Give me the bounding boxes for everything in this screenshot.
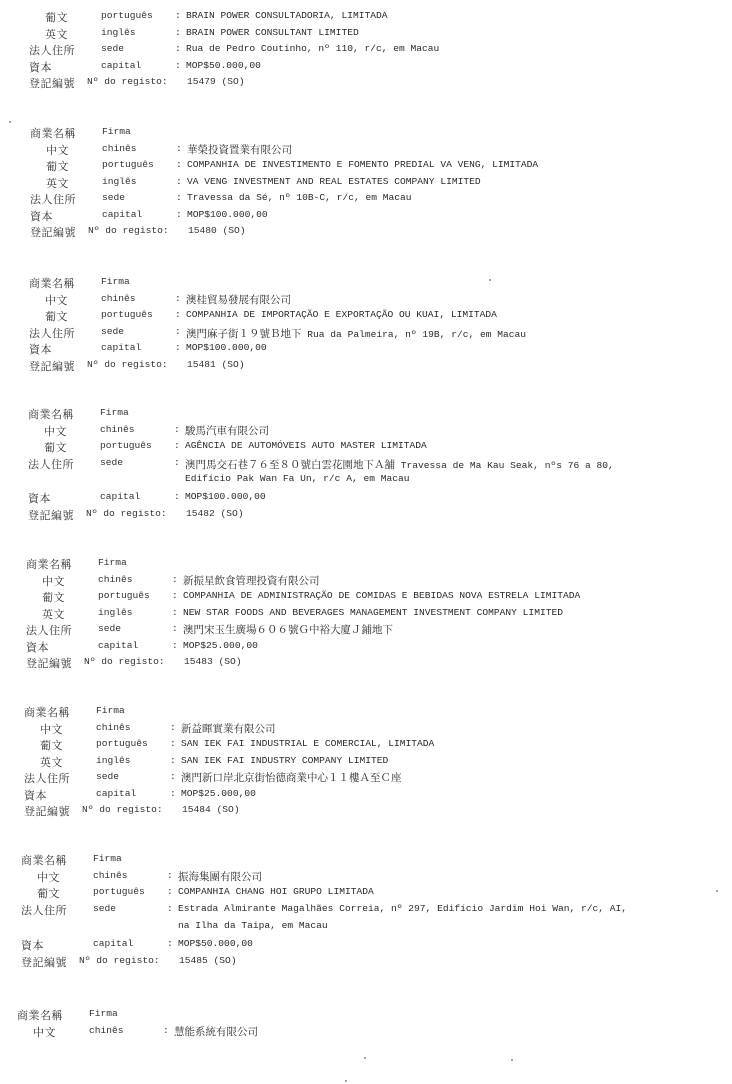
registo-number: 15482 (SO) <box>186 508 244 519</box>
ingles-zh-label: 英文 <box>46 175 69 191</box>
sede-zh-label: 法人住所 <box>21 902 67 918</box>
colon: : <box>175 43 181 54</box>
ingles-zh-label: 英文 <box>40 754 63 770</box>
portugues-name: COMPANHIA CHANG HOI GRUPO LIMITADA <box>178 886 374 897</box>
scan-speck <box>345 1080 347 1082</box>
sede-address-zh: 澳門麻子街１９號Ｂ地下 <box>186 328 302 340</box>
registo-number: 15480 (SO) <box>188 225 246 236</box>
capital-value: MOP$100.000,00 <box>185 491 266 502</box>
portugues-name: COMPANHIA DE ADMINISTRAÇÃO DE COMIDAS E … <box>183 590 580 601</box>
chines-name: 駿馬汽車有限公司 <box>185 423 269 438</box>
capital-pt-label: capital <box>98 640 138 651</box>
chines-name: 振海集團有限公司 <box>178 869 262 884</box>
sede-address: Estrada Almirante Magalhães Correia, nº … <box>178 903 627 914</box>
portugues-name: COMPANHIA DE INVESTIMENTO E FOMENTO PRED… <box>187 159 538 170</box>
colon: : <box>174 440 180 451</box>
registo-zh-label: 登記編號 <box>26 655 72 671</box>
registo-zh-label: 登記編號 <box>28 507 74 523</box>
capital-zh-label: 資本 <box>21 937 44 953</box>
portugues-pt-label: português <box>102 159 154 170</box>
colon: : <box>167 938 173 949</box>
chines-name: 華榮投資置業有限公司 <box>187 142 292 157</box>
firma-pt-label: Firma <box>89 1008 118 1019</box>
registo-number: 15484 (SO) <box>182 804 240 815</box>
scan-speck <box>489 279 491 281</box>
colon: : <box>167 870 173 881</box>
capital-pt-label: capital <box>102 209 142 220</box>
sede-address-pt: Travessa de Ma Kau Seak, nºs 76 a 80, <box>401 460 614 471</box>
capital-zh-label: 資本 <box>28 490 51 506</box>
ingles-pt-label: inglês <box>96 755 131 766</box>
firma-zh-label: 商業名稱 <box>21 852 67 868</box>
capital-pt-label: capital <box>101 342 141 353</box>
capital-value: MOP$50.000,00 <box>186 60 261 71</box>
colon: : <box>174 457 180 468</box>
colon: : <box>175 27 181 38</box>
ingles-pt-label: inglês <box>101 27 136 38</box>
portugues-zh-label: 葡文 <box>42 589 65 605</box>
colon: : <box>175 293 181 304</box>
sede-address-line2: na Ilha da Taipa, em Macau <box>178 920 328 931</box>
colon: : <box>175 309 181 320</box>
colon: : <box>170 755 176 766</box>
portugues-pt-label: português <box>101 309 153 320</box>
capital-pt-label: capital <box>100 491 140 502</box>
scan-speck <box>511 1059 513 1061</box>
colon: : <box>172 607 178 618</box>
capital-pt-label: capital <box>96 788 136 799</box>
registo-zh-label: 登記編號 <box>29 358 75 374</box>
chines-pt-label: chinês <box>93 870 128 881</box>
portugues-pt-label: português <box>96 738 148 749</box>
colon: : <box>176 176 182 187</box>
colon: : <box>170 722 176 733</box>
registo-pt-label: Nº do registo: <box>88 225 169 236</box>
capital-value: MOP$50.000,00 <box>178 938 253 949</box>
chines-zh-label: 中文 <box>37 869 60 885</box>
colon: : <box>175 60 181 71</box>
firma-zh-label: 商業名稱 <box>17 1007 63 1023</box>
firma-pt-label: Firma <box>96 705 125 716</box>
sede-address: Travessa da Sé, nº 10B-C, r/c, em Macau <box>187 192 412 203</box>
portugues-zh-label: 葡文 <box>44 439 67 455</box>
capital-value: MOP$25.000,00 <box>183 640 258 651</box>
ingles-pt-label: inglês <box>98 607 133 618</box>
colon: : <box>167 903 173 914</box>
firma-pt-label: Firma <box>101 276 130 287</box>
colon: : <box>170 771 176 782</box>
capital-pt-label: capital <box>101 60 141 71</box>
firma-pt-label: Firma <box>93 853 122 864</box>
sede-address: 澳門麻子街１９號Ｂ地下 Rua da Palmeira, nº 19B, r/c… <box>186 326 526 341</box>
capital-value: MOP$100.000,00 <box>187 209 268 220</box>
gazette-page: 葡文 português : BRAIN POWER CONSULTADORIA… <box>0 0 732 1084</box>
colon: : <box>172 640 178 651</box>
capital-value: MOP$25.000,00 <box>181 788 256 799</box>
sede-pt-label: sede <box>101 326 124 337</box>
sede-zh-label: 法人住所 <box>29 325 75 341</box>
sede-pt-label: sede <box>100 457 123 468</box>
chines-name: 新振星飲食管理投資有限公司 <box>183 573 320 588</box>
portugues-pt-label: português <box>98 590 150 601</box>
colon: : <box>172 623 178 634</box>
registo-number: 15479 (SO) <box>187 76 245 87</box>
colon: : <box>172 590 178 601</box>
capital-value: MOP$100.000,00 <box>186 342 267 353</box>
chines-pt-label: chinês <box>100 424 135 435</box>
sede-address-zh: 澳門宋玉生廣場６０６號Ｇ中裕大廈Ｊ鋪地下 <box>183 622 393 637</box>
capital-zh-label: 資本 <box>29 59 52 75</box>
portugues-name: AGÊNCIA DE AUTOMÓVEIS AUTO MASTER LIMITA… <box>185 440 427 451</box>
scan-speck <box>716 890 718 892</box>
colon: : <box>170 788 176 799</box>
chines-pt-label: chinês <box>96 722 131 733</box>
colon: : <box>176 159 182 170</box>
registo-zh-label: 登記編號 <box>24 803 70 819</box>
colon: : <box>176 143 182 154</box>
sede-address: 澳門馬交石巷７６至８０號白雲花園地下Ａ舖 Travessa de Ma Kau … <box>185 457 614 472</box>
portugues-name: SAN IEK FAI INDUSTRIAL E COMERCIAL, LIMI… <box>181 738 434 749</box>
ingles-zh-label: 英文 <box>42 606 65 622</box>
chines-zh-label: 中文 <box>40 721 63 737</box>
chines-zh-label: 中文 <box>33 1024 56 1040</box>
firma-zh-label: 商業名稱 <box>26 556 72 572</box>
firma-zh-label: 商業名稱 <box>24 704 70 720</box>
colon: : <box>174 491 180 502</box>
sede-pt-label: sede <box>96 771 119 782</box>
firma-zh-label: 商業名稱 <box>29 275 75 291</box>
sede-address-line2: Edifício Pak Wan Fa Un, r/c A, em Macau <box>185 473 410 484</box>
registo-number: 15485 (SO) <box>179 955 237 966</box>
colon: : <box>175 326 181 337</box>
registo-zh-label: 登記編號 <box>21 954 67 970</box>
ingles-name: NEW STAR FOODS AND BEVERAGES MANAGEMENT … <box>183 607 563 618</box>
registo-pt-label: Nº do registo: <box>79 955 160 966</box>
scan-speck <box>9 121 11 123</box>
sede-pt-label: sede <box>98 623 121 634</box>
chines-pt-label: chinês <box>101 293 136 304</box>
capital-pt-label: capital <box>93 938 133 949</box>
capital-zh-label: 資本 <box>29 341 52 357</box>
colon: : <box>176 192 182 203</box>
chines-zh-label: 中文 <box>44 423 67 439</box>
portugues-zh-label: 葡文 <box>45 9 68 25</box>
sede-pt-label: sede <box>101 43 124 54</box>
ingles-pt-label: inglês <box>102 176 137 187</box>
portugues-zh-label: 葡文 <box>45 308 68 324</box>
capital-zh-label: 資本 <box>30 208 53 224</box>
registo-pt-label: Nº do registo: <box>82 804 163 815</box>
registo-zh-label: 登記編號 <box>29 75 75 91</box>
sede-zh-label: 法人住所 <box>29 42 75 58</box>
chines-zh-label: 中文 <box>46 142 69 158</box>
colon: : <box>170 738 176 749</box>
chines-pt-label: chinês <box>102 143 137 154</box>
chines-name: 慧能系統有限公司 <box>174 1024 258 1039</box>
firma-pt-label: Firma <box>100 407 129 418</box>
ingles-zh-label: 英文 <box>45 26 68 42</box>
chines-name: 澳桂貿易發展有限公司 <box>186 292 291 307</box>
chines-name: 新益暉實業有限公司 <box>181 721 276 736</box>
portugues-zh-label: 葡文 <box>46 158 69 174</box>
colon: : <box>172 574 178 585</box>
ingles-name: SAN IEK FAI INDUSTRY COMPANY LIMITED <box>181 755 388 766</box>
chines-zh-label: 中文 <box>45 292 68 308</box>
portugues-pt-label: português <box>100 440 152 451</box>
sede-address: Rua de Pedro Coutinho, nº 110, r/c, em M… <box>186 43 439 54</box>
sede-zh-label: 法人住所 <box>26 622 72 638</box>
registo-number: 15483 (SO) <box>184 656 242 667</box>
sede-zh-label: 法人住所 <box>28 456 74 472</box>
registo-zh-label: 登記編號 <box>30 224 76 240</box>
chines-zh-label: 中文 <box>42 573 65 589</box>
chines-pt-label: chinês <box>89 1025 124 1036</box>
sede-address-zh: 澳門馬交石巷７６至８０號白雲花園地下Ａ舖 <box>185 459 395 471</box>
sede-address-zh: 澳門新口岸北京街怡德商業中心１１樓Ａ至Ｃ座 <box>181 770 402 785</box>
colon: : <box>176 209 182 220</box>
portugues-zh-label: 葡文 <box>40 737 63 753</box>
portugues-zh-label: 葡文 <box>37 885 60 901</box>
firma-pt-label: Firma <box>102 126 131 137</box>
colon: : <box>163 1025 169 1036</box>
registo-pt-label: Nº do registo: <box>86 508 167 519</box>
colon: : <box>175 342 181 353</box>
sede-zh-label: 法人住所 <box>24 770 70 786</box>
capital-zh-label: 資本 <box>24 787 47 803</box>
portugues-pt-label: português <box>101 10 153 21</box>
firma-zh-label: 商業名稱 <box>28 406 74 422</box>
firma-zh-label: 商業名稱 <box>30 125 76 141</box>
scan-speck <box>364 1057 366 1059</box>
colon: : <box>167 886 173 897</box>
registo-number: 15481 (SO) <box>187 359 245 370</box>
chines-pt-label: chinês <box>98 574 133 585</box>
registo-pt-label: Nº do registo: <box>87 359 168 370</box>
capital-zh-label: 資本 <box>26 639 49 655</box>
sede-pt-label: sede <box>93 903 116 914</box>
firma-pt-label: Firma <box>98 557 127 568</box>
sede-zh-label: 法人住所 <box>30 191 76 207</box>
colon: : <box>174 424 180 435</box>
registo-pt-label: Nº do registo: <box>84 656 165 667</box>
portugues-pt-label: português <box>93 886 145 897</box>
sede-address-pt: Rua da Palmeira, nº 19B, r/c, em Macau <box>307 329 526 340</box>
portugues-name: COMPANHIA DE IMPORTAÇÃO E EXPORTAÇÃO OU … <box>186 309 497 320</box>
portugues-name: BRAIN POWER CONSULTADORIA, LIMITADA <box>186 10 388 21</box>
ingles-name: BRAIN POWER CONSULTANT LIMITED <box>186 27 359 38</box>
colon: : <box>175 10 181 21</box>
sede-pt-label: sede <box>102 192 125 203</box>
ingles-name: VA VENG INVESTMENT AND REAL ESTATES COMP… <box>187 176 481 187</box>
registo-pt-label: Nº do registo: <box>87 76 168 87</box>
